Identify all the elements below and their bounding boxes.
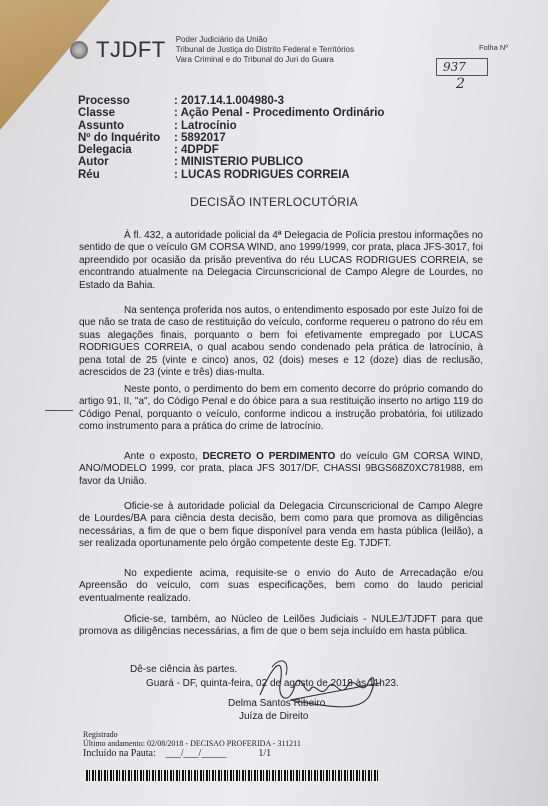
header-line-2: Tribunal de Justiça do Distrito Federal … — [176, 45, 354, 55]
meta-label: Delegacia — [78, 144, 174, 156]
court-header: TJDFT Poder Judiciário da União Tribunal… — [70, 35, 354, 65]
last-step: Último andamento: 02/08/2018 - DECISAO P… — [83, 739, 301, 748]
paragraph-2: Na sentença proferida nos autos, o enten… — [79, 305, 483, 379]
handwritten-signature — [250, 655, 390, 715]
meta-value: : Latrocínio — [174, 120, 237, 132]
meta-row-delegacia: Delegacia : 4DPDF — [78, 144, 384, 156]
meta-label: Classe — [78, 107, 174, 119]
case-metadata: Processo : 2017.14.1.004980-3 Classe : A… — [78, 95, 384, 181]
paragraph-text: Oficie-se, também, ao Núcleo de Leilões … — [79, 614, 483, 637]
meta-row-processo: Processo : 2017.14.1.004980-3 — [78, 95, 384, 107]
notice-parties: Dê-se ciência às partes. — [130, 664, 237, 675]
paragraph-4-decree: Ante o exposto, DECRETO O PERDIMENTO do … — [79, 451, 483, 488]
folha-label: Folha Nº — [479, 43, 508, 52]
pauta-blank: ___/___/_____ — [166, 748, 227, 760]
pauta-row: Incluído na Pauta: ___/___/_____ 1/1 — [83, 748, 301, 760]
meta-label: Nº do Inquérito — [78, 132, 174, 144]
folha-number: 937 — [436, 58, 488, 76]
paragraph-text: À fl. 432, a autoridade policial da 4ª D… — [79, 230, 483, 291]
meta-row-inquerito: Nº do Inquérito : 5892017 — [78, 132, 384, 144]
margin-line — [45, 410, 73, 411]
paragraph-1: À fl. 432, a autoridade policial da 4ª D… — [79, 230, 483, 292]
meta-value: : 2017.14.1.004980-3 — [174, 95, 284, 107]
paragraph-6: No expediente acima, requisite-se o envi… — [79, 568, 483, 605]
court-name-lines: Poder Judiciário da União Tribunal de Ju… — [176, 35, 354, 65]
paragraph-text: Ante o exposto, — [124, 451, 203, 462]
meta-label: Autor — [78, 156, 174, 168]
document-footer: Registrado Último andamento: 02/08/2018 … — [83, 730, 301, 760]
meta-row-autor: Autor : MINISTERIO PUBLICO — [78, 156, 384, 168]
meta-label: Processo — [78, 95, 174, 107]
decree-emphasis: DECRETO O PERDIMENTO — [203, 451, 336, 462]
page-count: 1/1 — [258, 748, 271, 760]
document-title: DECISÃO INTERLOCUTÓRIA — [0, 195, 548, 209]
paragraph-7: Oficie-se, também, ao Núcleo de Leilões … — [79, 614, 483, 639]
paragraph-text: Neste ponto, o perdimento do bem em come… — [79, 384, 483, 432]
court-decision-page: TJDFT Poder Judiciário da União Tribunal… — [0, 0, 548, 806]
paragraph-3: Neste ponto, o perdimento do bem em come… — [79, 384, 483, 434]
pauta-label: Incluído na Pauta: — [83, 748, 156, 760]
meta-value: : 5892017 — [174, 132, 226, 144]
meta-value: : MINISTERIO PUBLICO — [174, 156, 303, 168]
header-line-3: Vara Criminal e do Tribunal do Juri do G… — [176, 55, 354, 65]
paragraph-text: Oficie-se à autoridade policial da Deleg… — [79, 501, 483, 549]
registered-label: Registrado — [83, 730, 301, 739]
paragraph-text: Na sentença proferida nos autos, o enten… — [79, 305, 483, 378]
meta-label: Assunto — [78, 120, 174, 132]
barcode — [86, 770, 378, 781]
court-logo: TJDFT — [96, 37, 166, 63]
meta-row-classe: Classe : Ação Penal - Procedimento Ordin… — [78, 107, 384, 119]
paragraph-5: Oficie-se à autoridade policial da Deleg… — [79, 501, 483, 551]
paragraph-text: No expediente acima, requisite-se o envi… — [79, 568, 483, 604]
meta-value: : LUCAS RODRIGUES CORREIA — [174, 169, 350, 181]
meta-row-assunto: Assunto : Latrocínio — [78, 120, 384, 132]
meta-value: : Ação Penal - Procedimento Ordinário — [174, 107, 384, 119]
meta-label: Réu — [78, 169, 174, 181]
folha-mark: 2 — [456, 76, 465, 92]
header-line-1: Poder Judiciário da União — [176, 35, 354, 45]
meta-value: : 4DPDF — [174, 144, 219, 156]
meta-row-reu: Réu : LUCAS RODRIGUES CORREIA — [78, 169, 384, 181]
coat-of-arms-icon — [70, 41, 88, 59]
